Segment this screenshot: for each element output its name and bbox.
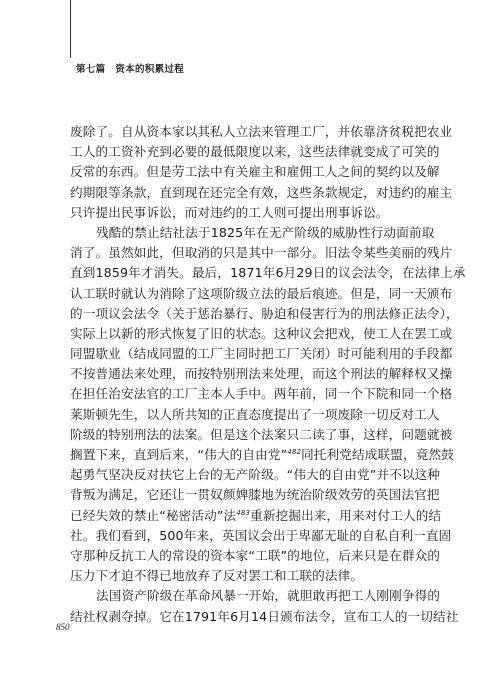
text-line: 社。我们看到，500年来，英国议会出于卑鄙无耻的自私自利一直固 [70,526,414,546]
text-segment: 同托利党结成联盟，竟然鼓 [301,447,454,462]
text-line: 起勇气坚决反对扶它上台的无产阶级。“伟大的自由党”并不以这种 [70,465,414,485]
text-line: 工人的工资补充到必要的最低限度以来，这些法律就变成了可笑的 [70,142,414,162]
text-line: 在担任治安法官的工厂主本人手中。两年前，同一个下院和同一个格 [70,384,414,404]
part-label: 第七篇 [76,64,105,75]
text-line: 废除了。自从资本家以其私人立法来管理工厂，并依靠济贫税把农业 [70,122,414,142]
paragraph-start-line: 法国资产阶级在革命风暴一开始，就胆敢再把工人刚刚争得的 [70,586,414,606]
text-line: 守那种反抗工人的常设的资本家“工联”的地位，后来只是在群众的 [70,546,414,566]
text-line: 莱斯顿先生，以人所共知的正直态度提出了一项废除一切反对工人 [70,405,414,425]
text-line: 背叛为满足，它还让一贯奴颜婢膝地为统治阶级效劳的英国法官把 [70,485,414,505]
text-line: 消了。虽然如此，但取消的只是其中一部分。旧法令某些美丽的残片 [70,243,414,263]
text-line: 认工联时就认为消除了这项阶级立法的最后痕迹。但是，同一天颁布 [70,284,414,304]
chapter-title: 资本的积累过程 [115,64,184,75]
paragraph-start-line: 残酷的禁止结社法于1825年在无产阶级的威胁性行动面前取 [70,223,414,243]
footnote-ref-482[interactable]: 482 [287,448,301,456]
text-line: 反常的东西。但是劳工法中有关雇主和雇佣工人之间的契约以及解 [70,162,414,182]
text-line: 的一项议会法令（关于惩治暴行、胁迫和侵害行为的刑法修正法令）， [70,304,414,324]
text-line: 直到1859年才消失。最后，1871年6月29日的议会法令，在法律上承 [70,263,414,283]
text-line-with-footnote: 搁置下来，直到后来，“伟大的自由党”482同托利党结成联盟，竟然鼓 [70,445,414,465]
text-line: 结社权剥夺掉。它在1791年6月14日颁布法令，宣布工人的一切结社 [70,607,414,627]
footnote-ref-483[interactable]: 483 [236,509,250,517]
text-segment: 搁置下来，直到后来，“伟大的自由党” [70,447,287,462]
text-line: 不按普通法来处理，而按特别刑法来处理，而这个刑法的解释权又操 [70,364,414,384]
text-line: 同盟歇业（结成同盟的工厂主同时把工厂关闭）时可能利用的手段都 [70,344,414,364]
text-line: 实际上以新的形式恢复了旧的状态。这种议会把戏，使工人在罢工或 [70,324,414,344]
running-head: 第七篇资本的积累过程 [76,61,184,75]
margin-rule [70,0,71,58]
text-line: 约期限等条款，直到现在还完全有效，这些条款规定，对违约的雇主 [70,183,414,203]
page-number: 850 [56,622,70,632]
text-line-with-footnote: 已经失效的禁止“秘密活动”法483重新挖掘出来，用来对付工人的结 [70,506,414,526]
text-segment: 重新挖掘出来，用来对付工人的结 [250,508,441,523]
body-text: 废除了。自从资本家以其私人立法来管理工厂，并依靠济贫税把农业 工人的工资补充到必… [70,122,414,627]
text-line: 压力下才迫不得已地放弃了反对罢工和工联的法律。 [70,566,414,586]
text-line: 只许提出民事诉讼，而对违约的工人则可提出刑事诉讼。 [70,203,414,223]
text-line: 阶级的特别刑法的法案。但是这个法案只二读了事，这样，问题就被 [70,425,414,445]
text-segment: 已经失效的禁止“秘密活动”法 [70,508,236,523]
